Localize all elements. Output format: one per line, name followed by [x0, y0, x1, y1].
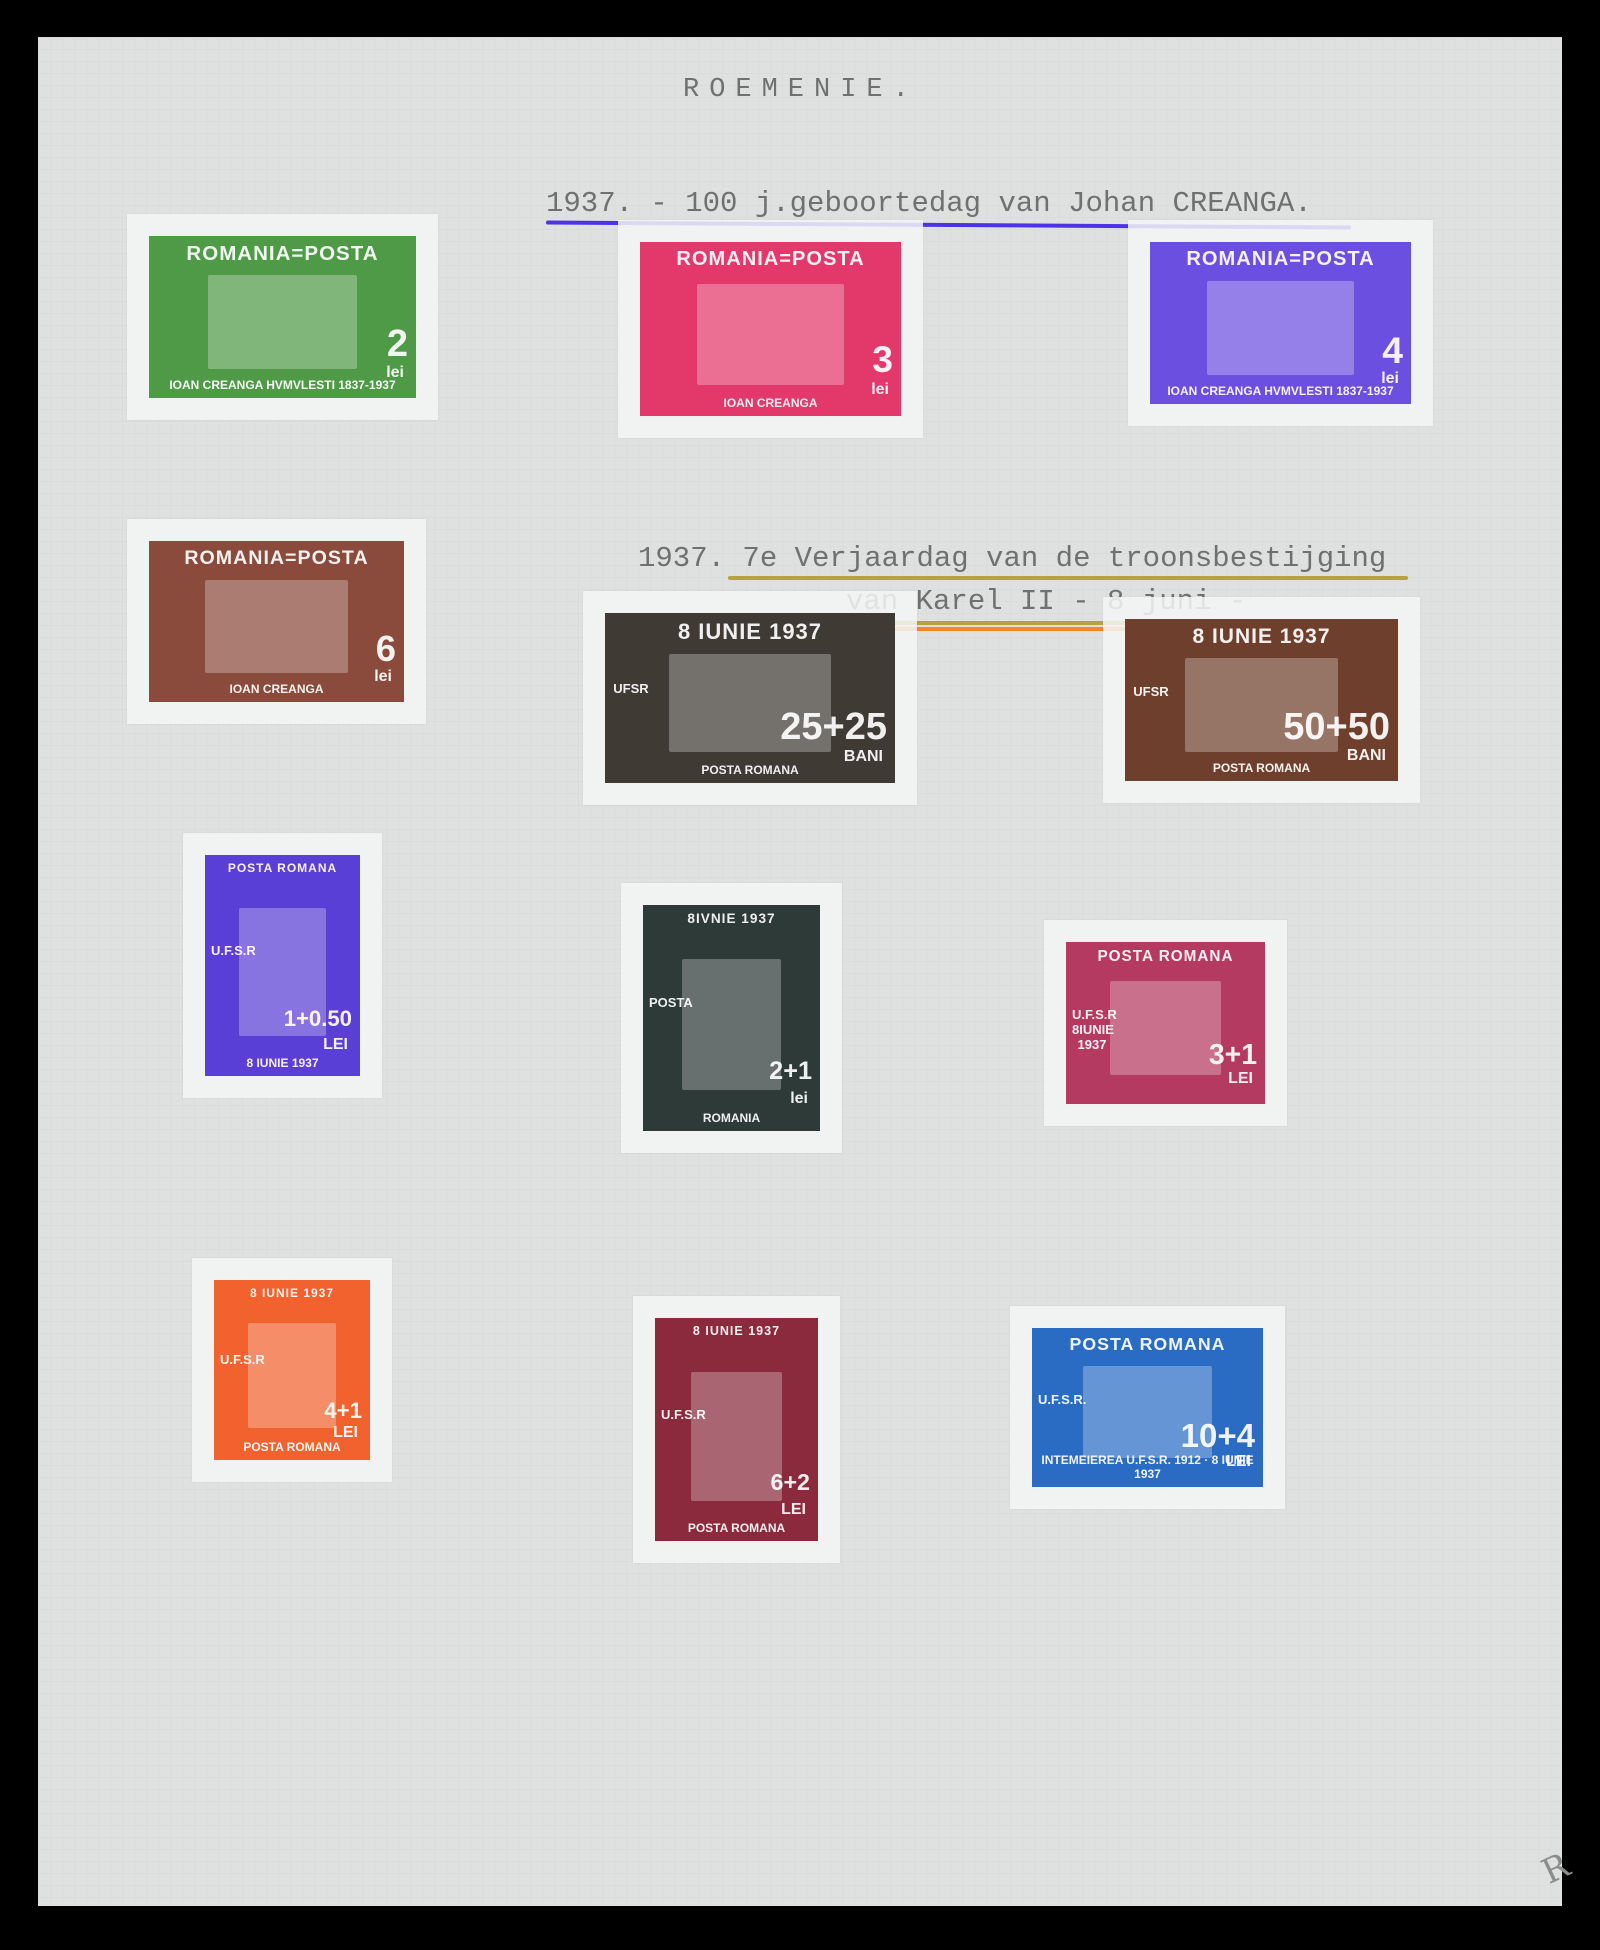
- stamp-bottom-text: POSTA ROMANA: [214, 1440, 370, 1454]
- stamp-creanga-2-lei[interactable]: ROMANIA=POSTA2leiIOAN CREANGA HVMVLESTI …: [149, 236, 416, 398]
- country-heading: ROEMENIE.: [683, 75, 919, 105]
- stamp-bottom-text: IOAN CREANGA: [640, 396, 901, 410]
- stamp-bottom-text: INTEMEIEREA U.F.S.R. 1912 · 8 IUNIE 1937: [1032, 1453, 1263, 1481]
- stamp-creanga-3-lei[interactable]: ROMANIA=POSTA3leiIOAN CREANGA: [640, 242, 901, 416]
- stamp-top-text: 8IVNIE 1937: [643, 911, 820, 926]
- stamp-swimming-50-50-bani[interactable]: 8 IUNIE 193750+50BANIUFSRPOSTA ROMANA: [1125, 619, 1398, 781]
- stamp-value: 2: [387, 323, 408, 366]
- stamp-bottom-text: ROMANIA: [643, 1111, 820, 1125]
- stamp-hunting-3-1-lei[interactable]: POSTA ROMANA3+1LEIU.F.S.R 8IUNIE 1937: [1066, 942, 1265, 1104]
- stamp-value: 10+4: [1181, 1417, 1255, 1455]
- stamp-creanga-4-lei[interactable]: ROMANIA=POSTA4leiIOAN CREANGA HVMVLESTI …: [1150, 242, 1411, 404]
- stamp-equestrian-6-2-lei[interactable]: 8 IUNIE 19376+2LEIU.F.S.RPOSTA ROMANA: [655, 1318, 818, 1541]
- section-title-creanga: 1937. - 100 j.geboortedag van Johan CREA…: [546, 187, 1312, 220]
- stamp-vignette: [697, 284, 843, 385]
- section-title-karel-line1: 1937. 7e Verjaardag van de troonsbestijg…: [638, 542, 1386, 575]
- stamp-side-text: U.F.S.R 8IUNIE 1937: [1072, 1007, 1112, 1052]
- stamp-top-text: POSTA ROMANA: [1032, 1334, 1263, 1355]
- stamp-vignette: [682, 959, 781, 1090]
- stamp-side-text: U.F.S.R.: [1038, 1392, 1078, 1407]
- stamp-side-text: U.F.S.R: [661, 1407, 701, 1422]
- stamp-value: 4: [1382, 329, 1403, 372]
- stamp-top-text: POSTA ROMANA: [1066, 948, 1265, 966]
- stamp-top-text: ROMANIA=POSTA: [640, 248, 901, 271]
- stamp-top-text: 8 IUNIE 1937: [214, 1286, 370, 1300]
- stamp-top-text: POSTA ROMANA: [205, 861, 360, 875]
- stamp-bottom-text: 8 IUNIE 1937: [205, 1056, 360, 1070]
- stamp-bottom-text: POSTA ROMANA: [1125, 761, 1398, 775]
- stamp-bottom-text: POSTA ROMANA: [655, 1521, 818, 1535]
- stamp-unit: LEI: [781, 1501, 806, 1519]
- stamp-side-text: POSTA: [649, 995, 689, 1010]
- stamp-bottom-text: IOAN CREANGA: [149, 682, 404, 696]
- stamp-skiing-2-1-lei[interactable]: 8IVNIE 19372+1leiPOSTAROMANIA: [643, 905, 820, 1131]
- stamp-javelin-1-050-lei[interactable]: POSTA ROMANA1+0.50LEIU.F.S.R8 IUNIE 1937: [205, 855, 360, 1076]
- stamp-side-text: UFSR: [1131, 684, 1171, 699]
- stamp-top-text: 8 IUNIE 1937: [655, 1324, 818, 1338]
- stamp-bottom-text: IOAN CREANGA HVMVLESTI 1837-1937: [149, 378, 416, 392]
- stamp-top-text: 8 IUNIE 1937: [1125, 625, 1398, 649]
- stamp-top-text: ROMANIA=POSTA: [1150, 248, 1411, 271]
- stamp-value: 25+25: [780, 706, 887, 749]
- stamp-unit: LEI: [1228, 1070, 1253, 1088]
- stamp-side-text: UFSR: [611, 681, 651, 696]
- stamp-unit: LEI: [323, 1036, 348, 1054]
- stamp-vignette: [205, 580, 348, 673]
- stamp-value: 1+0.50: [284, 1006, 352, 1032]
- stamp-vignette: [248, 1323, 335, 1427]
- stamp-side-text: U.F.S.R: [211, 943, 251, 958]
- stamp-value: 3+1: [1209, 1039, 1257, 1072]
- pencil-mark: R: [1536, 1845, 1576, 1892]
- stamp-top-text: ROMANIA=POSTA: [149, 242, 416, 266]
- stamp-value: 6+2: [771, 1469, 810, 1496]
- stamp-value: 3: [872, 338, 893, 381]
- underline-gold: [728, 576, 1408, 580]
- stamp-football-25-25-bani[interactable]: 8 IUNIE 193725+25BANIUFSRPOSTA ROMANA: [605, 613, 895, 783]
- stamp-vignette: [1207, 281, 1353, 375]
- stamp-value: 6: [376, 628, 396, 670]
- stamp-ufsr-founding-10-4-lei[interactable]: POSTA ROMANA10+4LEIU.F.S.R.INTEMEIEREA U…: [1032, 1328, 1263, 1487]
- stamp-value: 50+50: [1283, 706, 1390, 749]
- stamp-top-text: ROMANIA=POSTA: [149, 547, 404, 570]
- stamp-bottom-text: POSTA ROMANA: [605, 763, 895, 777]
- stamp-value: 2+1: [769, 1057, 812, 1086]
- stamp-rowing-4-1-lei[interactable]: 8 IUNIE 19374+1LEIU.F.S.RPOSTA ROMANA: [214, 1280, 370, 1460]
- stamp-vignette: [208, 275, 358, 369]
- stamp-side-text: U.F.S.R: [220, 1352, 260, 1367]
- stamp-bottom-text: IOAN CREANGA HVMVLESTI 1837-1937: [1150, 384, 1411, 398]
- stamp-creanga-6-lei[interactable]: ROMANIA=POSTA6leiIOAN CREANGA: [149, 541, 404, 702]
- stamp-top-text: 8 IUNIE 1937: [605, 619, 895, 645]
- stamp-vignette: [691, 1372, 782, 1501]
- stamp-vignette: [1110, 981, 1221, 1075]
- stamp-unit: lei: [790, 1090, 808, 1108]
- stamp-value: 4+1: [324, 1398, 362, 1424]
